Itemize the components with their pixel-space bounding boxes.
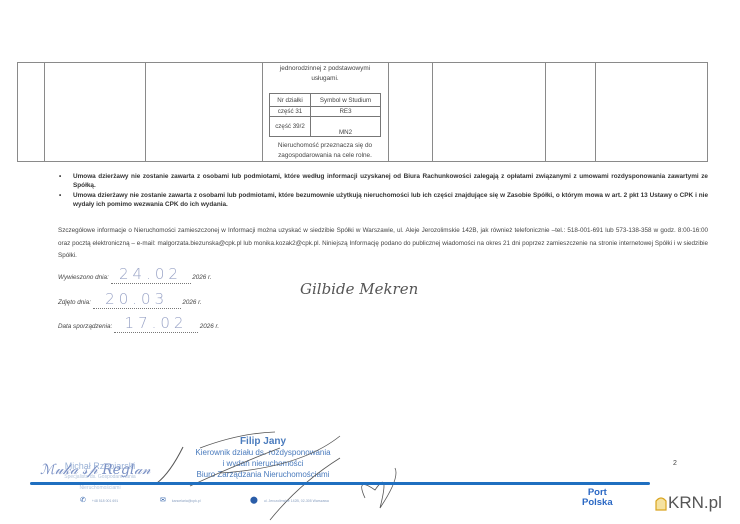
- location-pin-icon: ⬤: [250, 497, 258, 504]
- mail-icon: ✉: [160, 497, 166, 504]
- phone-icon: ✆: [80, 497, 86, 504]
- krn-house-icon: [655, 495, 667, 511]
- plot-number: część 39/2: [270, 117, 311, 137]
- column-divider: [44, 63, 45, 161]
- bullet-icon: •: [59, 172, 61, 181]
- plot-symbol-table: Nr działki Symbol w Studium część 31 RE3…: [269, 93, 381, 137]
- condition-item: • Umowa dzierżawy nie zostanie zawarta z…: [58, 172, 708, 191]
- info-paragraph: Szczegółowe informacje o Nieruchomości z…: [58, 225, 708, 263]
- bullet-icon: •: [59, 191, 61, 200]
- column-divider: [432, 63, 433, 161]
- signature-left: ℳ𝓊𝓀𝒶 𝓈𝓅 𝑅𝑒𝑔𝑙𝒶𝓃: [40, 462, 151, 478]
- footer-email: ✉kancelaria@cpk.pl: [160, 496, 201, 504]
- header-plot-number: Nr działki: [270, 94, 311, 107]
- footer-address: ⬤ul. Jerozolimskie 142B, 02-305 Warszawa: [250, 496, 329, 504]
- conditions-list: • Umowa dzierżawy nie zostanie zawarta z…: [58, 172, 708, 210]
- column-divider: [388, 63, 389, 161]
- prepared-date-value: 17.02: [125, 314, 188, 332]
- page-number: 2: [673, 460, 677, 467]
- posted-date-value: 24.02: [119, 265, 182, 283]
- signature-right-strokes: [180, 428, 400, 524]
- column-divider: [145, 63, 146, 161]
- prepared-date-line: Data sporządzenia: 17.02 2026 r.: [58, 314, 219, 333]
- condition-item: • Umowa dzierżawy nie zostanie zawarta z…: [58, 191, 708, 210]
- handwritten-signature: Gilbide Mekren: [300, 280, 418, 298]
- port-polska-logo: Port Polska: [582, 488, 613, 508]
- krn-watermark: KRN.pl: [655, 493, 722, 513]
- removed-date-line: Zdjęto dnia: 20.03 2026 r.: [58, 290, 202, 309]
- designation-text-bottom: Nieruchomość przeznacza się do zagospoda…: [262, 141, 388, 161]
- study-symbol: MN2: [311, 117, 381, 137]
- footer-divider: [30, 482, 650, 485]
- posted-date-line: Wywieszono dnia: 24.02 2026 r.: [58, 265, 212, 284]
- header-study-symbol: Symbol w Studium: [311, 94, 381, 107]
- footer-phone: ✆+48 518 001 691: [80, 496, 118, 504]
- designation-text-top: jednorodzinnej z podstawowymi usługami.: [262, 64, 388, 84]
- plot-number: część 31: [270, 107, 311, 117]
- study-symbol: RE3: [311, 107, 381, 117]
- column-divider: [595, 63, 596, 161]
- column-divider: [545, 63, 546, 161]
- removed-date-value: 20.03: [105, 290, 168, 308]
